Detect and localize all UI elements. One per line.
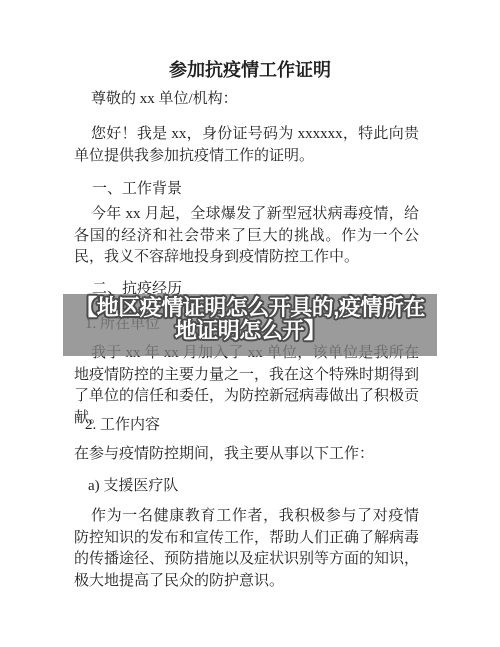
section1-heading: 一、工作背景 [74, 179, 437, 201]
item2a-heading: a) 支援医疗队 [74, 476, 433, 498]
intro-paragraph: 您好！我是 xx，身份证号码为 xxxxxx，特此向贵单位提供我参加抗疫情工作的… [74, 124, 419, 167]
document-title: 参加抗疫情工作证明 [0, 59, 500, 81]
overlay-caption-line1: 【地区疫情证明怎么开具的,疫情所在 [63, 296, 437, 319]
section1-paragraph: 今年 xx 月起，全球爆发了新型冠状病毒疫情，给各国的经济和社会带来了巨大的挑战… [74, 204, 419, 269]
salutation-line: 尊敬的 xx 单位/机构： [74, 89, 419, 111]
document-page: 参加抗疫情工作证明 尊敬的 xx 单位/机构： 您好！我是 xx，身份证号码为 … [0, 0, 500, 647]
item2a-paragraph: 作为一名健康教育工作者，我积极参与了对疫情防控知识的发布和宣传工作，帮助人们正确… [74, 506, 419, 592]
item2-intro-line: 在参与疫情防控期间，我主要从事以下工作： [74, 444, 419, 466]
item2-heading: 2. 工作内容 [74, 415, 430, 437]
overlay-caption-line2: 地证明怎么开】 [63, 319, 437, 342]
overlay-caption-banner: 【地区疫情证明怎么开具的,疫情所在 地证明怎么开】 [63, 294, 437, 356]
